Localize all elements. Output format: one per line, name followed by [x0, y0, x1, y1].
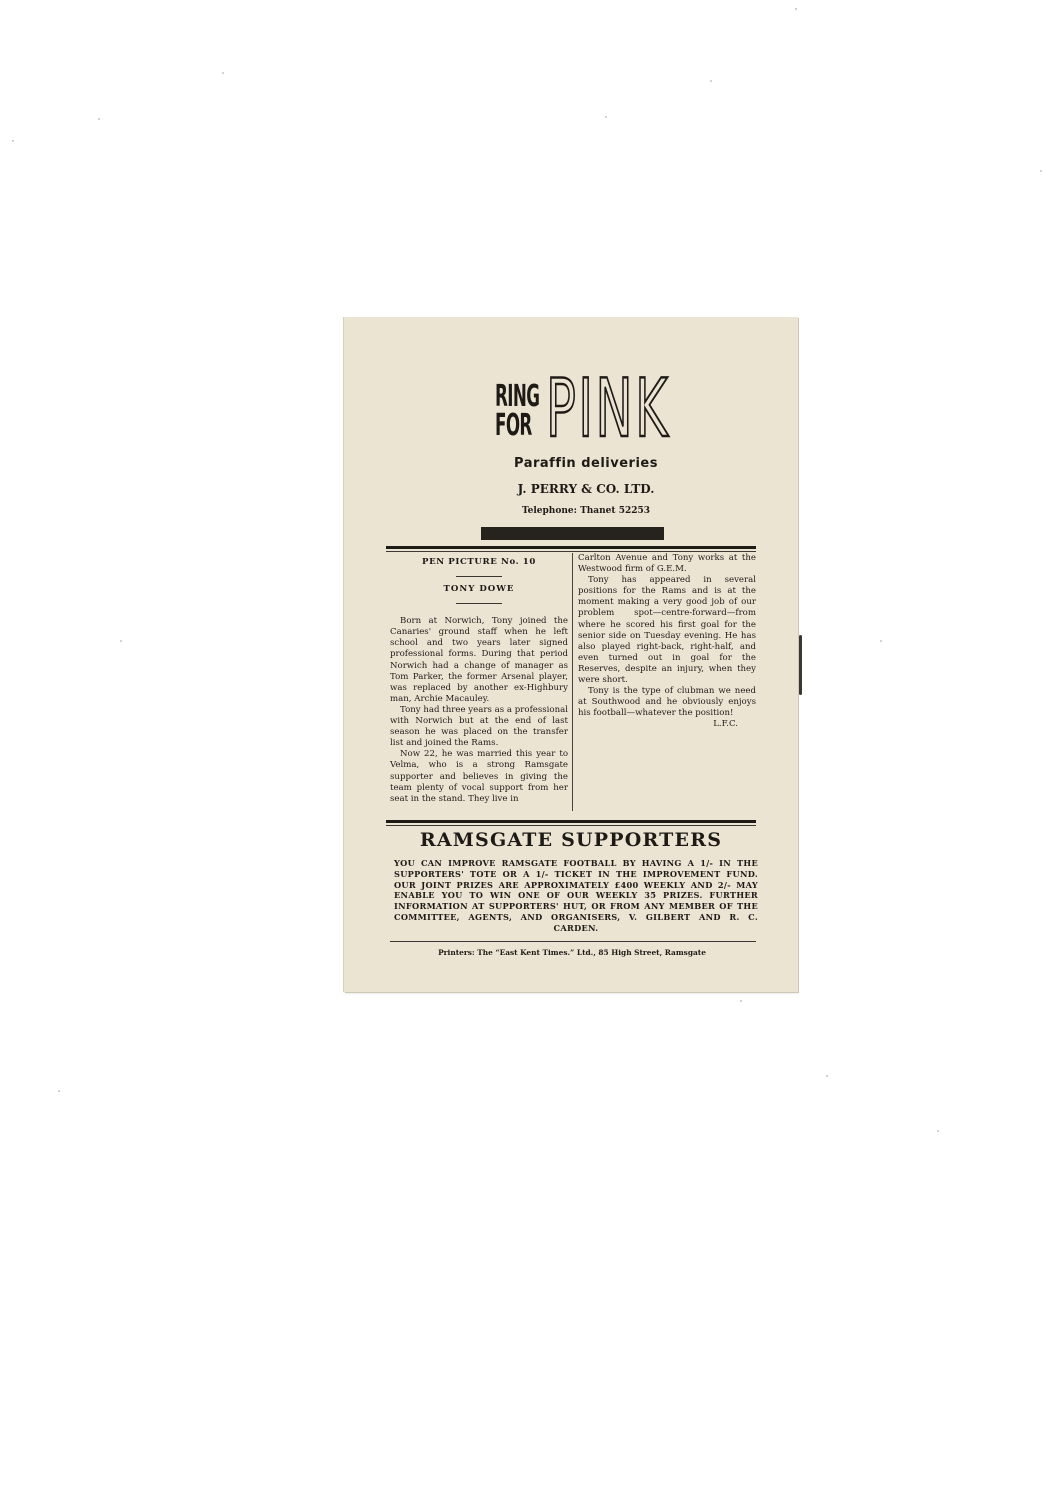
- advert-tagline: Paraffin deliveries: [344, 456, 798, 471]
- article-paragraph: Now 22, he was married this year to Velm…: [390, 749, 568, 804]
- scan-speck: [58, 1090, 60, 1092]
- short-rule: [456, 603, 502, 604]
- column-divider: [572, 553, 573, 811]
- article-paragraph: Born at Norwich, Tony joined the Canarie…: [390, 616, 568, 705]
- supporters-body: YOU CAN IMPROVE RAMSGATE FOOTBALL BY HAV…: [394, 858, 758, 934]
- advert-black-bar: [481, 527, 664, 540]
- scan-speck: [120, 640, 122, 642]
- divider-rule: [386, 820, 756, 823]
- article-paragraph: Tony has appeared in several positions f…: [578, 575, 756, 686]
- scan-speck: [98, 118, 100, 120]
- scan-speck: [710, 80, 712, 82]
- scan-speck: [222, 72, 224, 74]
- scan-speck: [605, 116, 607, 118]
- supporters-title: RAMSGATE SUPPORTERS: [344, 829, 798, 851]
- advert-ring-for-pink: RING FOR PINK Paraffin deliveries J. PER…: [344, 317, 798, 539]
- scan-speck: [1040, 170, 1042, 172]
- scan-speck: [826, 1075, 828, 1077]
- scan-speck: [795, 8, 797, 10]
- scan-speck: [937, 1130, 939, 1132]
- pen-picture-title: PEN PICTURE No. 10: [390, 557, 568, 568]
- advert-company: J. PERRY & CO. LTD.: [344, 482, 798, 496]
- divider-rule: [390, 941, 756, 942]
- pen-picture-right-column: Carlton Avenue and Tony works at the Wes…: [578, 553, 756, 731]
- advert-for: FOR: [495, 411, 539, 440]
- scan-speck: [12, 140, 14, 142]
- article-paragraph: Carlton Avenue and Tony works at the Wes…: [578, 553, 756, 575]
- divider-rule: [386, 551, 756, 552]
- scan-speck: [880, 640, 882, 642]
- scan-speck: [740, 1000, 742, 1002]
- short-rule: [456, 576, 502, 577]
- article-signature: L.F.C.: [713, 719, 738, 730]
- article-paragraph: Tony is the type of clubman we need at S…: [578, 686, 756, 719]
- programme-page: RING FOR PINK Paraffin deliveries J. PER…: [344, 317, 798, 992]
- divider-rule: [386, 825, 756, 826]
- advert-ring: RING: [495, 382, 539, 411]
- divider-rule: [386, 546, 756, 549]
- advert-ring-for: RING FOR: [495, 382, 539, 440]
- article-paragraph: Tony had three years as a professional w…: [390, 705, 568, 749]
- pen-picture-left-column: PEN PICTURE No. 10 TONY DOWE Born at Nor…: [390, 553, 568, 805]
- player-name: TONY DOWE: [390, 584, 568, 595]
- advert-pink-logo: PINK: [546, 369, 670, 449]
- printers-imprint: Printers: The “East Kent Times.” Ltd., 8…: [344, 948, 798, 957]
- page-edge-mark: [799, 635, 802, 695]
- advert-telephone: Telephone: Thanet 52253: [344, 506, 798, 516]
